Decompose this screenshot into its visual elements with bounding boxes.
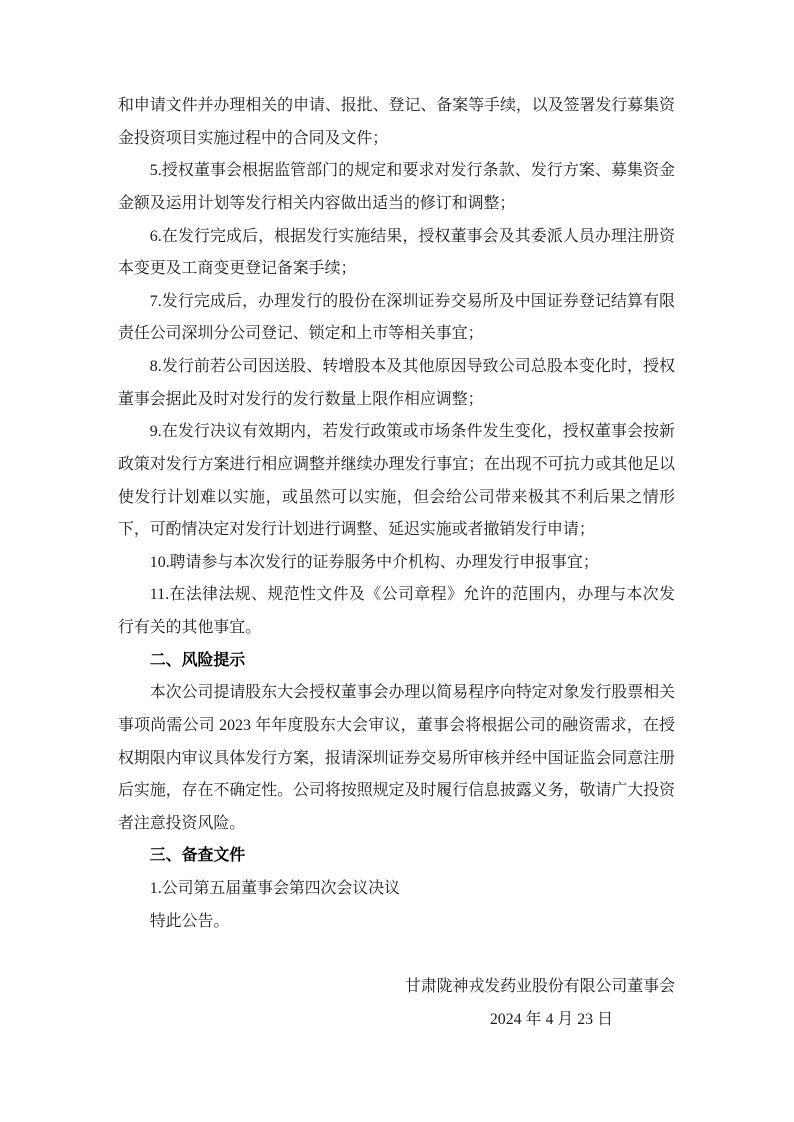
section-heading-risk: 二、风险提示 <box>118 645 675 678</box>
para-item-8: 8.发行前若公司因送股、转增股本及其他原因导致公司总股本变化时，授权董事会据此及… <box>118 351 675 416</box>
signature-company: 甘肃陇神戎发药业股份有限公司董事会 <box>118 971 675 1004</box>
para-item-11: 11.在法律法规、规范性文件及《公司章程》允许的范围内，办理与本次发行有关的其他… <box>118 579 675 644</box>
para-reference-doc-1: 1.公司第五届董事会第四次会议决议 <box>118 873 675 906</box>
para-item-6: 6.在发行完成后，根据发行实施结果，授权董事会及其委派人员办理注册资本变更及工商… <box>118 221 675 286</box>
para-item-9: 9.在发行决议有效期内，若发行政策或市场条件发生变化，授权董事会按新政策对发行方… <box>118 416 675 547</box>
para-item-10: 10.聘请参与本次发行的证券服务中介机构、办理发行申报事宜； <box>118 547 675 580</box>
signature-date: 2024 年 4 月 23 日 <box>118 1004 675 1037</box>
para-risk-body: 本次公司提请股东大会授权董事会办理以简易程序向特定对象发行股票相关事项尚需公司 … <box>118 677 675 840</box>
para-continuation: 和申请文件并办理相关的申请、报批、登记、备案等手续，以及签署发行募集资金投资项目… <box>118 90 675 155</box>
para-closing-announcement: 特此公告。 <box>118 906 675 939</box>
blank-line <box>118 938 675 971</box>
para-item-7: 7.发行完成后，办理发行的股份在深圳证券交易所及中国证券登记结算有限责任公司深圳… <box>118 286 675 351</box>
section-heading-reference-docs: 三、备查文件 <box>118 840 675 873</box>
document-page: 和申请文件并办理相关的申请、报批、登记、备案等手续，以及签署发行募集资金投资项目… <box>0 0 794 1122</box>
para-item-5: 5.授权董事会根据监管部门的规定和要求对发行条款、发行方案、募集资金金额及运用计… <box>118 155 675 220</box>
